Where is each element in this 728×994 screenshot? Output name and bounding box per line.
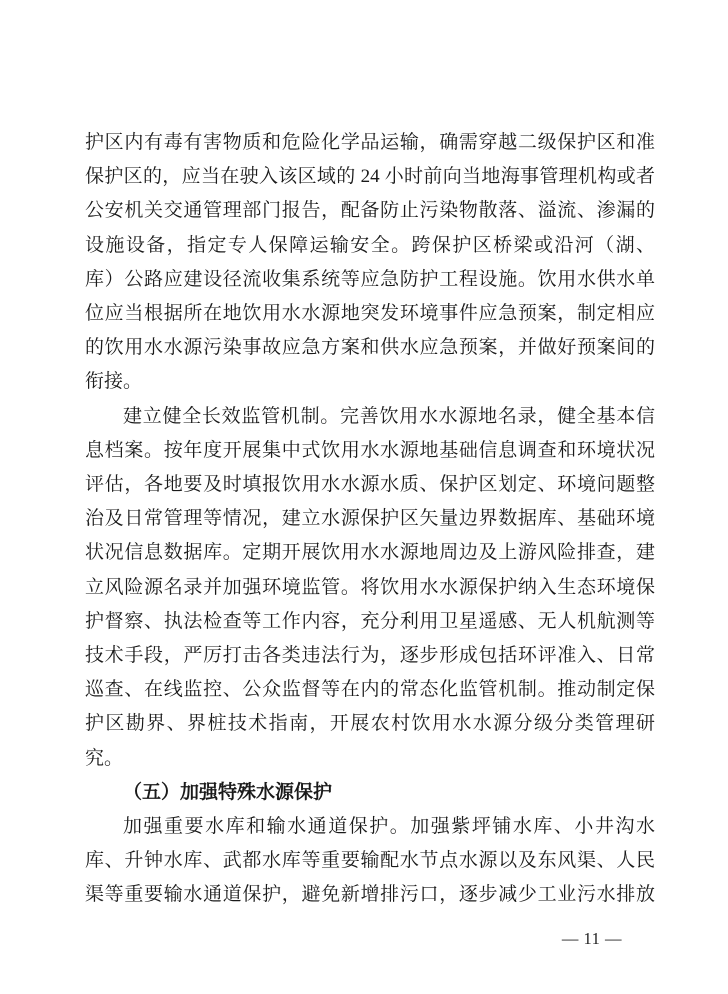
text-line: 加强重要水库和输水通道保护。加强紫坪铺水库、小井沟水	[85, 810, 655, 844]
text-line: 设施设备，指定专人保障运输安全。跨保护区桥梁或沿河（湖、	[85, 229, 655, 263]
text-line: 库、升钟水库、武都水库等重要输配水节点水源以及东风渠、人民	[85, 844, 655, 878]
text-line: 位应当根据所在地饮用水水源地突发环境事件应急预案，制定相应	[85, 297, 655, 331]
text-line: 公安机关交通管理部门报告，配备防止污染物散落、溢流、渗漏的	[85, 194, 655, 228]
body-text: 护区内有毒有害物质和危险化学品运输，确需穿越二级保护区和准 保护区的，应当在驶入…	[85, 126, 655, 913]
text-line: 渠等重要输水通道保护，避免新增排污口，逐步减少工业污水排放	[85, 878, 655, 912]
text-line: 衔接。	[85, 365, 655, 399]
text-line: 究。	[85, 742, 655, 776]
text-line: 护区内有毒有害物质和危险化学品运输，确需穿越二级保护区和准	[85, 126, 655, 160]
page-number: — 11 —	[562, 929, 622, 949]
text-line: 技术手段，严厉打击各类违法行为，逐步形成包括环评准入、日常	[85, 639, 655, 673]
text-line: 护督察、执法检查等工作内容，充分利用卫星遥感、无人机航测等	[85, 605, 655, 639]
text-line: 库）公路应建设径流收集系统等应急防护工程设施。饮用水供水单	[85, 263, 655, 297]
section-heading: （五）加强特殊水源保护	[85, 776, 655, 810]
text-line: 评估，各地要及时填报饮用水水源水质、保护区划定、环境问题整	[85, 468, 655, 502]
text-line: 状况信息数据库。定期开展饮用水水源地周边及上游风险排查，建	[85, 536, 655, 570]
text-line: 护区勘界、界桩技术指南，开展农村饮用水水源分级分类管理研	[85, 707, 655, 741]
text-line: 保护区的，应当在驶入该区域的 24 小时前向当地海事管理机构或者	[85, 160, 655, 194]
text-line: 立风险源名录并加强环境监管。将饮用水水源保护纳入生态环境保	[85, 571, 655, 605]
text-line: 建立健全长效监管机制。完善饮用水水源地名录，健全基本信	[85, 400, 655, 434]
text-line: 治及日常管理等情况，建立水源保护区矢量边界数据库、基础环境	[85, 502, 655, 536]
text-line: 息档案。按年度开展集中式饮用水水源地基础信息调查和环境状况	[85, 434, 655, 468]
text-line: 巡查、在线监控、公众监督等在内的常态化监管机制。推动制定保	[85, 673, 655, 707]
document-page: 护区内有毒有害物质和危险化学品运输，确需穿越二级保护区和准 保护区的，应当在驶入…	[0, 0, 728, 994]
text-line: 的饮用水水源污染事故应急方案和供水应急预案，并做好预案间的	[85, 331, 655, 365]
